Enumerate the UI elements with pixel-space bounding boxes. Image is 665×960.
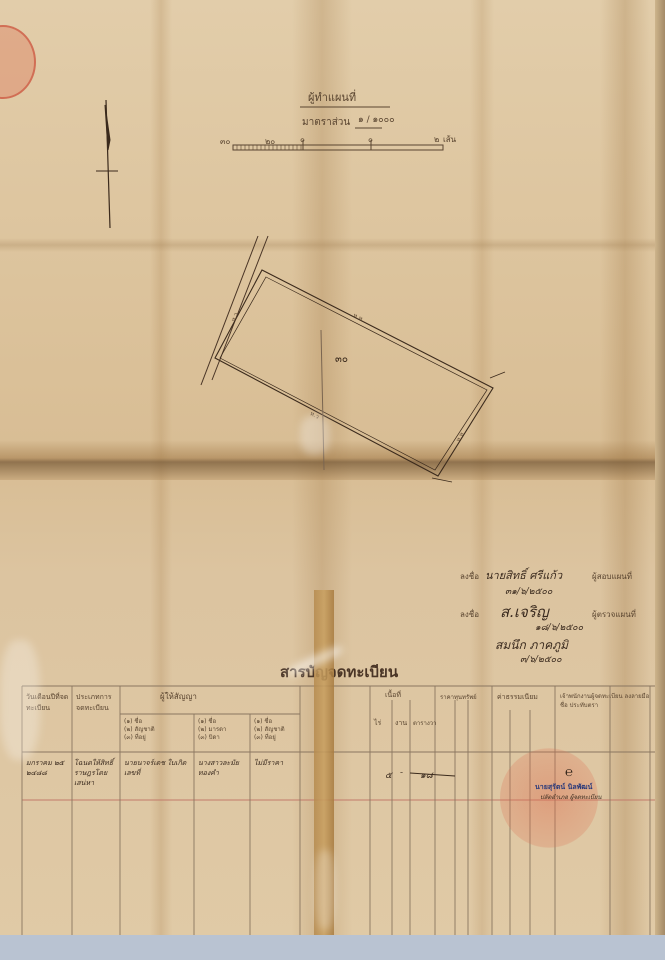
column-header: เจ้าพนักงานผู้จดทะเบียน ลงลายมือชื่อ ประ… [560, 692, 652, 710]
signature-name: นายสิทธิ์ ศรีแก้ว [485, 566, 562, 584]
subheader-item: (๑) ชื่อ [198, 718, 216, 725]
scale-tick: ๒๐ [265, 135, 275, 148]
map-maker-label: ผู้ทำแผนที่ [308, 88, 356, 106]
scale-ratio: ๑ / ๑๐๐๐ [358, 112, 395, 126]
official-signature-mark: ℮ [565, 764, 573, 780]
scale-unit: เส้น [443, 133, 456, 146]
column-header: ไร่ [374, 718, 381, 729]
sign-role: ผู้ตรวจแผนที่ [592, 608, 636, 621]
scale-tick: ๓๐ [220, 135, 230, 148]
row-ngan: - [400, 768, 403, 778]
paper-edge [655, 0, 665, 960]
signature-date: ๑๘/๖/๒๕๐๐ [535, 620, 583, 634]
subheader-item: (๓) ที่อยู่ [254, 734, 276, 741]
subheader-item: (๑) ชื่อ [124, 718, 142, 725]
subheader-item: (๓) บิดา [198, 734, 220, 741]
row-type: โฉนดให้สิทธิ์ราษฎรโดยเสน่หา [74, 758, 120, 788]
scale-tick: ๐ [368, 133, 373, 146]
column-header: ตารางวา [413, 718, 437, 728]
column-header: ประเภทการจดทะเบียน [76, 692, 118, 714]
parcel-number: ๓๐ [335, 352, 348, 367]
row-wa: ๑๘ [420, 768, 433, 782]
subheader-item: (๒) สัญชาติ [254, 726, 285, 733]
column-header: ราคาทุนทรัพย์ [440, 692, 490, 702]
official-title: ปลัดอำเภอ ผู้จดทะเบียน [540, 792, 601, 802]
column-header: ค่าธรรมเนียม [497, 692, 538, 703]
column-subheader: (๑) ชื่อ(๒) มารดา(๓) บิดา [198, 718, 226, 742]
subheader-item: (๒) สัญชาติ [124, 726, 155, 733]
plastic-glare [300, 415, 330, 455]
parcel-boundary [215, 270, 493, 476]
sign-prefix: ลงชื่อ [460, 608, 479, 621]
row-to: นางสาวละมัย ทองคำ [198, 758, 248, 778]
column-subheader: (๑) ชื่อ(๒) สัญชาติ(๓) ที่อยู่ [254, 718, 285, 742]
signature-date: ๓/๖/๒๕๐๐ [520, 652, 562, 666]
scale-tick: ๒ [434, 133, 439, 146]
subheader-item: (๓) ที่อยู่ [124, 734, 146, 741]
north-arrow-icon [96, 100, 118, 228]
plastic-glare [315, 850, 335, 930]
row-from: นายนาจร์เดช ใบเกิดเลขที่ [124, 758, 194, 778]
column-header: งาน [395, 718, 407, 729]
scale-tick: ๐ [300, 133, 305, 146]
subheader-item: (๑) ชื่อ [254, 718, 272, 725]
row-notes: ไม่มีราคา [254, 758, 298, 768]
background-surface [0, 935, 665, 960]
row-date: มกราคม ๒๕ ๒๔๘๘ [26, 758, 70, 778]
column-header: เนื้อที่ [385, 690, 401, 701]
signature-date: ๓๑/๖/๒๕๐๐ [505, 584, 552, 598]
road [201, 236, 268, 385]
column-subheader: (๑) ชื่อ(๒) สัญชาติ(๓) ที่อยู่ [124, 718, 155, 742]
row-rai: ๕ [385, 768, 392, 782]
sign-role: ผู้สอบแผนที่ [592, 570, 632, 583]
plastic-glare [0, 640, 40, 760]
scale-label: มาตราส่วน [302, 115, 350, 130]
column-header: ผู้ให้สัญญา [160, 690, 197, 703]
subheader-item: (๒) มารดา [198, 726, 226, 733]
sign-prefix: ลงชื่อ [460, 570, 479, 583]
